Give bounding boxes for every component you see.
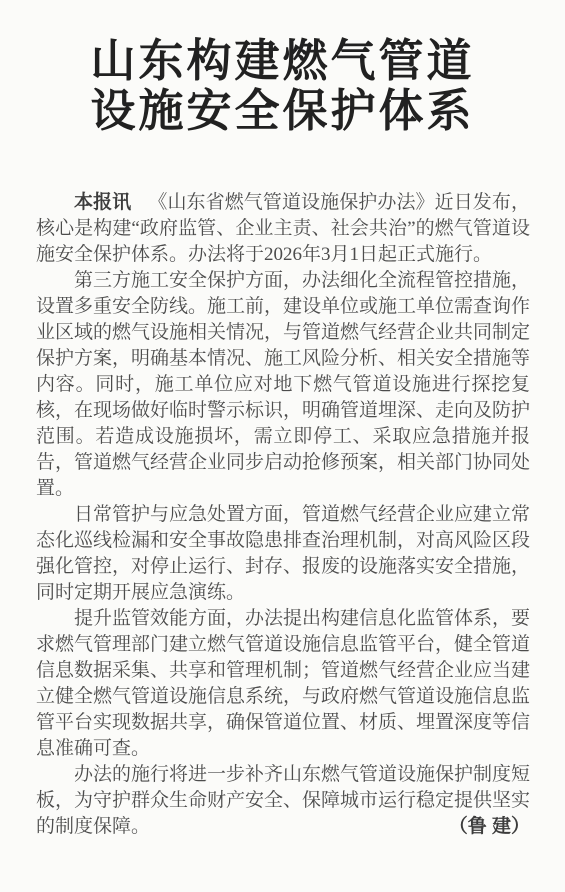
dateline-label: 本报讯	[74, 192, 131, 213]
article-page: 山东构建燃气管道 设施安全保护体系 本报讯《山东省燃气管道设施保护办法》近日发布…	[0, 0, 565, 892]
article-body: 本报讯《山东省燃气管道设施保护办法》近日发布，核心是构建“政府监管、企业主责、社…	[36, 190, 530, 840]
title-line-2: 设施安全保护体系	[20, 86, 545, 136]
closing-paragraph: 办法的施行将进一步补齐山东燃气管道设施保护制度短板，为守护群众生命财产安全、保障…	[36, 762, 530, 840]
title-line-1: 山东构建燃气管道	[20, 36, 545, 86]
article-title: 山东构建燃气管道 设施安全保护体系	[20, 36, 545, 136]
paragraph-supervision-efficiency: 提升监管效能方面，办法提出构建信息化监管体系，要求燃气管理部门建立燃气管道设施信…	[36, 606, 530, 762]
lead-paragraph: 本报讯《山东省燃气管道设施保护办法》近日发布，核心是构建“政府监管、企业主责、社…	[36, 190, 530, 268]
paragraph-daily-maintenance: 日常管护与应急处置方面，管道燃气经营企业应建立常态化巡线检漏和安全事故隐患排查治…	[36, 502, 530, 606]
byline: （鲁 建）	[449, 814, 530, 840]
paragraph-construction-safety: 第三方施工安全保护方面，办法细化全流程管控措施，设置多重安全防线。施工前，建设单…	[36, 268, 530, 502]
